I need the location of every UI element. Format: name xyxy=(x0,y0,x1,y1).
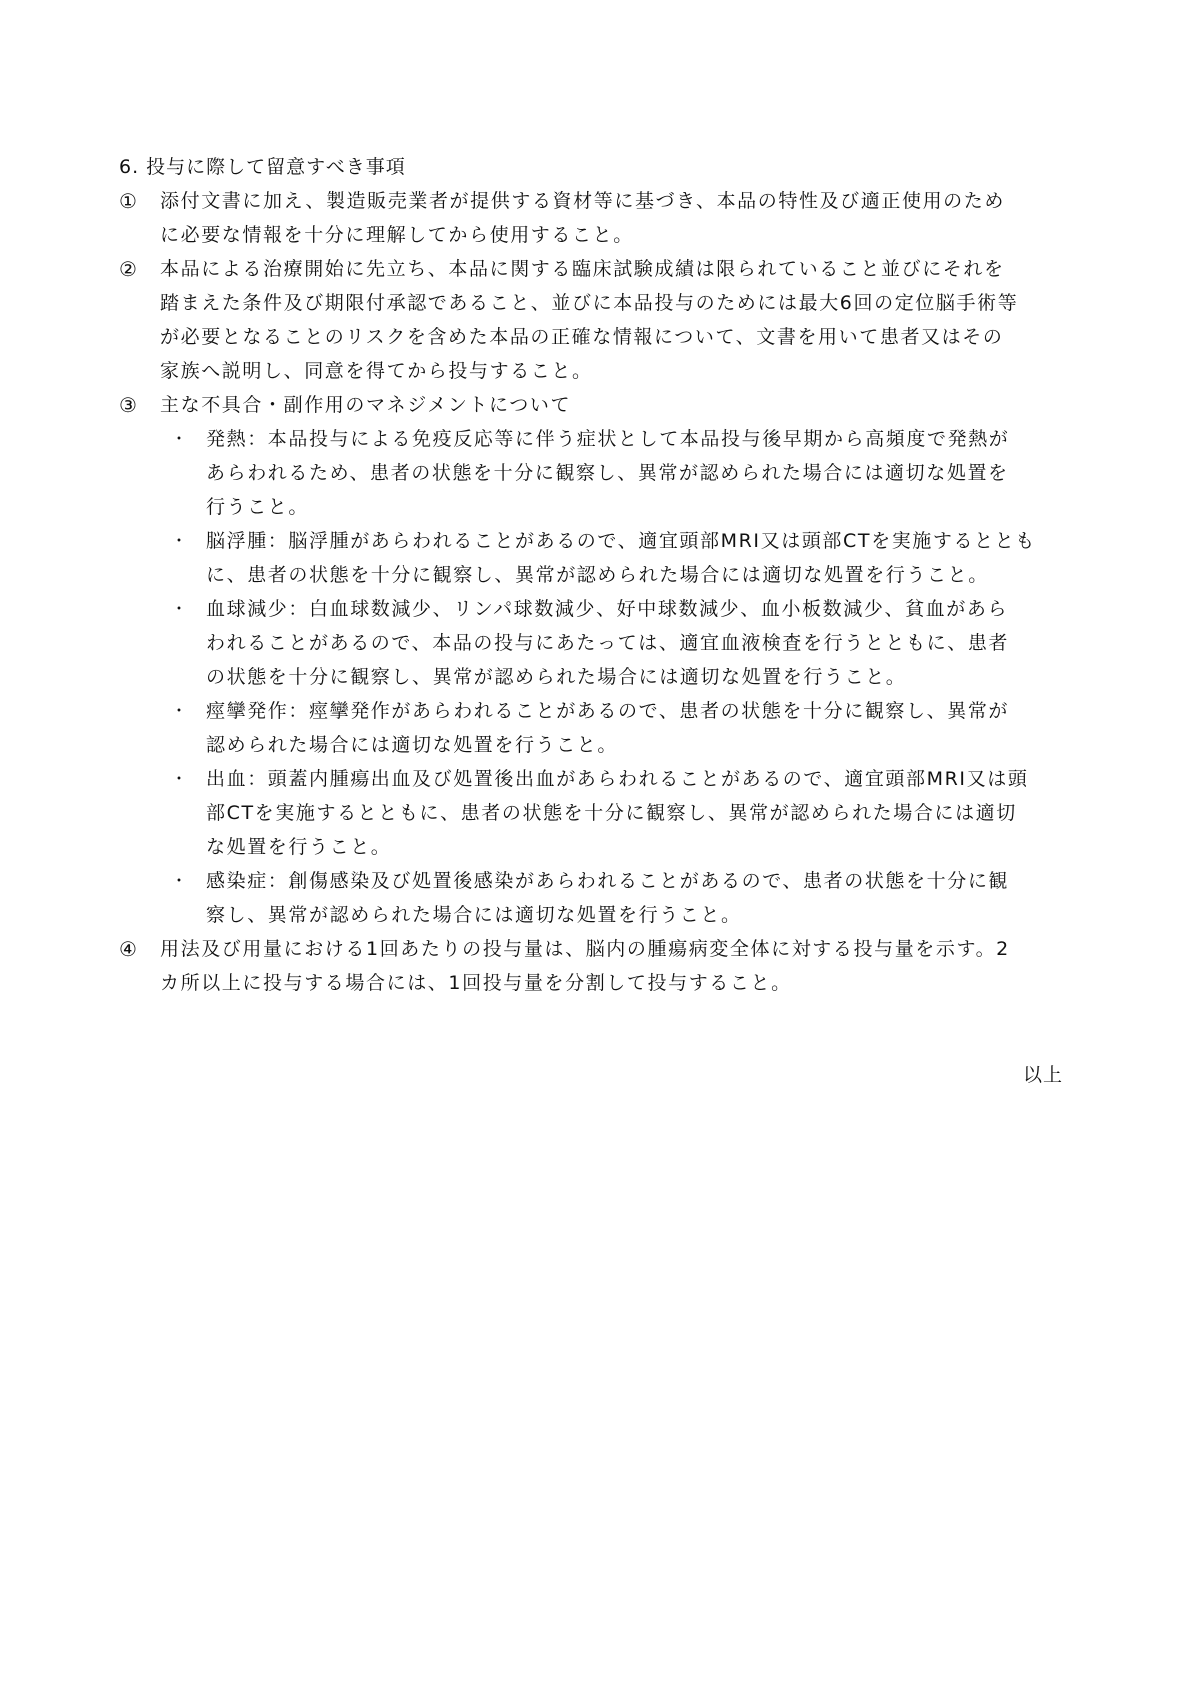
bullet-item-fever: ・ 発熱：本品投与による免疫反応等に伴う症状として本品投与後早期から高頻度で発熱… xyxy=(129,422,1063,524)
item-marker: ② xyxy=(119,252,149,286)
text-line: 察し、異常が認められた場合には適切な処置を行うこと。 xyxy=(206,898,1063,932)
bullet-dot-icon: ・ xyxy=(171,864,181,898)
item-marker: ① xyxy=(119,184,149,218)
text-line: 発熱：本品投与による免疫反応等に伴う症状として本品投与後早期から高頻度で発熱が xyxy=(206,422,1063,456)
document-body: 6. 投与に際して留意すべき事項 ① 添付文書に加え、製造販売業者が提供する資材… xyxy=(119,150,1063,1000)
text-line: の状態を十分に観察し、異常が認められた場合には適切な処置を行うこと。 xyxy=(206,660,1063,694)
bullet-dot-icon: ・ xyxy=(171,694,181,728)
bullet-dot-icon: ・ xyxy=(171,422,181,456)
text-line: 踏まえた条件及び期限付承認であること、並びに本品投与のためには最大6回の定位脳手… xyxy=(160,286,1063,320)
text-line: カ所以上に投与する場合には、1回投与量を分割して投与すること。 xyxy=(160,966,1063,1000)
numbered-item-1: ① 添付文書に加え、製造販売業者が提供する資材等に基づき、本品の特性及び適正使用… xyxy=(119,184,1063,252)
text-line: 用法及び用量における1回あたりの投与量は、脳内の腫瘍病変全体に対する投与量を示す… xyxy=(160,932,1063,966)
text-line: 部CTを実施するとともに、患者の状態を十分に観察し、異常が認められた場合には適切 xyxy=(206,796,1063,830)
text-line: あらわれるため、患者の状態を十分に観察し、異常が認められた場合には適切な処置を xyxy=(206,456,1063,490)
side-effect-list: ・ 発熱：本品投与による免疫反応等に伴う症状として本品投与後早期から高頻度で発熱… xyxy=(129,422,1063,932)
numbered-item-4: ④ 用法及び用量における1回あたりの投与量は、脳内の腫瘍病変全体に対する投与量を… xyxy=(119,932,1063,1000)
text-line: 本品による治療開始に先立ち、本品に関する臨床試験成績は限られていること並びにそれ… xyxy=(160,252,1063,286)
item-marker: ④ xyxy=(119,932,149,966)
numbered-item-2: ② 本品による治療開始に先立ち、本品に関する臨床試験成績は限られていること並びに… xyxy=(119,252,1063,388)
text-line: が必要となることのリスクを含めた本品の正確な情報について、文書を用いて患者又はそ… xyxy=(160,320,1063,354)
text-line: に、患者の状態を十分に観察し、異常が認められた場合には適切な処置を行うこと。 xyxy=(206,558,1063,592)
bullet-item-seizure: ・ 痙攣発作：痙攣発作があらわれることがあるので、患者の状態を十分に観察し、異常… xyxy=(129,694,1063,762)
text-line: 認められた場合には適切な処置を行うこと。 xyxy=(206,728,1063,762)
document-page: 6. 投与に際して留意すべき事項 ① 添付文書に加え、製造販売業者が提供する資材… xyxy=(0,0,1181,1695)
text-line: 脳浮腫：脳浮腫があらわれることがあるので、適宜頭部MRI又は頭部CTを実施すると… xyxy=(206,524,1063,558)
text-line: 出血：頭蓋内腫瘍出血及び処置後出血があらわれることがあるので、適宜頭部MRI又は… xyxy=(206,762,1063,796)
text-line: 感染症：創傷感染及び処置後感染があらわれることがあるので、患者の状態を十分に観 xyxy=(206,864,1063,898)
item-marker: ③ xyxy=(119,388,149,422)
text-line: 痙攣発作：痙攣発作があらわれることがあるので、患者の状態を十分に観察し、異常が xyxy=(206,694,1063,728)
text-line: に必要な情報を十分に理解してから使用すること。 xyxy=(160,218,1063,252)
bullet-item-cerebral-edema: ・ 脳浮腫：脳浮腫があらわれることがあるので、適宜頭部MRI又は頭部CTを実施す… xyxy=(129,524,1063,592)
text-line: な処置を行うこと。 xyxy=(206,830,1063,864)
text-line: 主な不具合・副作用のマネジメントについて xyxy=(160,388,1063,422)
numbered-item-3: ③ 主な不具合・副作用のマネジメントについて xyxy=(119,388,1063,422)
bullet-item-hemorrhage: ・ 出血：頭蓋内腫瘍出血及び処置後出血があらわれることがあるので、適宜頭部MRI… xyxy=(129,762,1063,864)
text-line: われることがあるので、本品の投与にあたっては、適宜血液検査を行うとともに、患者 xyxy=(206,626,1063,660)
closing-mark: 以上 xyxy=(1023,1058,1063,1092)
bullet-dot-icon: ・ xyxy=(171,762,181,796)
bullet-dot-icon: ・ xyxy=(171,592,181,626)
text-line: 添付文書に加え、製造販売業者が提供する資材等に基づき、本品の特性及び適正使用のた… xyxy=(160,184,1063,218)
text-line: 家族へ説明し、同意を得てから投与すること。 xyxy=(160,354,1063,388)
bullet-item-cytopenia: ・ 血球減少：白血球数減少、リンパ球数減少、好中球数減少、血小板数減少、貧血があ… xyxy=(129,592,1063,694)
bullet-item-infection: ・ 感染症：創傷感染及び処置後感染があらわれることがあるので、患者の状態を十分に… xyxy=(129,864,1063,932)
bullet-dot-icon: ・ xyxy=(171,524,181,558)
text-line: 行うこと。 xyxy=(206,490,1063,524)
text-line: 血球減少：白血球数減少、リンパ球数減少、好中球数減少、血小板数減少、貧血があら xyxy=(206,592,1063,626)
section-title: 6. 投与に際して留意すべき事項 xyxy=(119,150,1063,184)
